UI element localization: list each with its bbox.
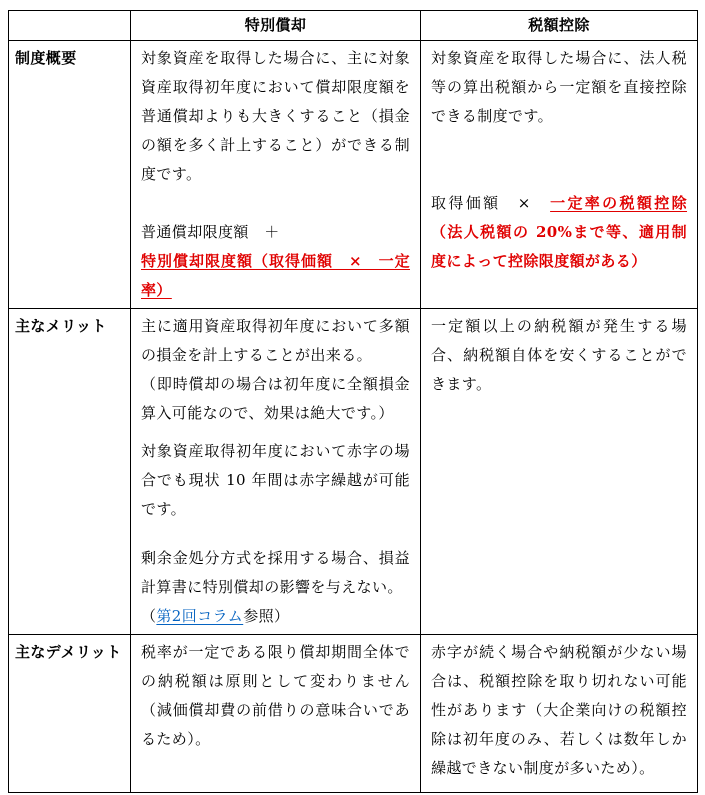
row-label-overview: 制度概要 (9, 41, 131, 309)
overview-special-formula-line1: 普通償却限度額 ＋ (141, 218, 410, 247)
merit-special-p5: （第2回コラム参照） (141, 602, 410, 631)
header-blank-cell (9, 11, 131, 41)
row-label-merit: 主なメリット (9, 309, 131, 635)
overview-special-cell: 対象資産を取得した場合に、主に対象資産取得初年度において償却限度額を普通償却より… (131, 41, 421, 309)
merit-special-p2: （即時償却の場合は初年度に全額損金算入可能なので、効果は絶大です。） (141, 370, 410, 428)
overview-special-desc: 対象資産を取得した場合に、主に対象資産取得初年度において償却限度額を普通償却より… (141, 44, 410, 189)
header-row: 特別償却 税額控除 (9, 11, 698, 41)
comparison-table: 特別償却 税額控除 制度概要 対象資産を取得した場合に、主に対象資産取得初年度に… (8, 10, 698, 793)
row-overview: 制度概要 対象資産を取得した場合に、主に対象資産取得初年度において償却限度額を普… (9, 41, 698, 309)
column-link-suffix: 参照） (243, 607, 289, 625)
row-label-demerit: 主なデメリット (9, 635, 131, 793)
formula-red-underlined-text: 一定率の税額控除 (550, 194, 687, 212)
document-page: 特別償却 税額控除 制度概要 対象資産を取得した場合に、主に対象資産取得初年度に… (0, 0, 705, 795)
overview-taxcredit-desc: 対象資産を取得した場合に、法人税等の算出税額から一定額を直接控除できる制度です。 (431, 44, 687, 131)
demerit-taxcredit-p1: 赤字が続く場合や納税額が少ない場合は、税額控除を取り切れない可能性があります（大… (431, 638, 687, 783)
demerit-taxcredit-cell: 赤字が続く場合や納税額が少ない場合は、税額控除を取り切れない可能性があります（大… (421, 635, 698, 793)
overview-taxcredit-formula: 取得価額 × 一定率の税額控除（法人税額の 20%まで等、適用制度によって控除限… (431, 189, 687, 276)
formula-red-rest-text: （法人税額の 20%まで等、適用制度によって控除限度額がある） (431, 223, 687, 270)
merit-taxcredit-p1: 一定額以上の納税額が発生する場合、納税額自体を安くすることができます。 (431, 312, 687, 399)
header-special-depreciation: 特別償却 (131, 11, 421, 41)
column-link-prefix: （ (141, 607, 156, 625)
merit-taxcredit-cell: 一定額以上の納税額が発生する場合、納税額自体を安くすることができます。 (421, 309, 698, 635)
merit-special-cell: 主に適用資産取得初年度において多額の損金を計上することが出来る。 （即時償却の場… (131, 309, 421, 635)
formula-prefix-text: 取得価額 × (431, 194, 550, 212)
demerit-special-p1: 税率が一定である限り償却期間全体での納税額は原則として変わりません（減価償却費の… (141, 638, 410, 754)
merit-special-p4: 剰余金処分方式を採用する場合、損益計算書に特別償却の影響を与えない。 (141, 544, 410, 602)
demerit-special-cell: 税率が一定である限り償却期間全体での納税額は原則として変わりません（減価償却費の… (131, 635, 421, 793)
header-tax-credit: 税額控除 (421, 11, 698, 41)
overview-special-formula-red: 特別償却限度額（取得価額 × 一定率） (141, 247, 410, 305)
row-merit: 主なメリット 主に適用資産取得初年度において多額の損金を計上することが出来る。 … (9, 309, 698, 635)
merit-special-p1: 主に適用資産取得初年度において多額の損金を計上することが出来る。 (141, 312, 410, 370)
column2-link[interactable]: 第2回コラム (156, 607, 243, 625)
row-demerit: 主なデメリット 税率が一定である限り償却期間全体での納税額は原則として変わりませ… (9, 635, 698, 793)
merit-special-p3: 対象資産取得初年度において赤字の場合でも現状 10 年間は赤字繰越が可能です。 (141, 437, 410, 524)
overview-taxcredit-cell: 対象資産を取得した場合に、法人税等の算出税額から一定額を直接控除できる制度です。… (421, 41, 698, 309)
